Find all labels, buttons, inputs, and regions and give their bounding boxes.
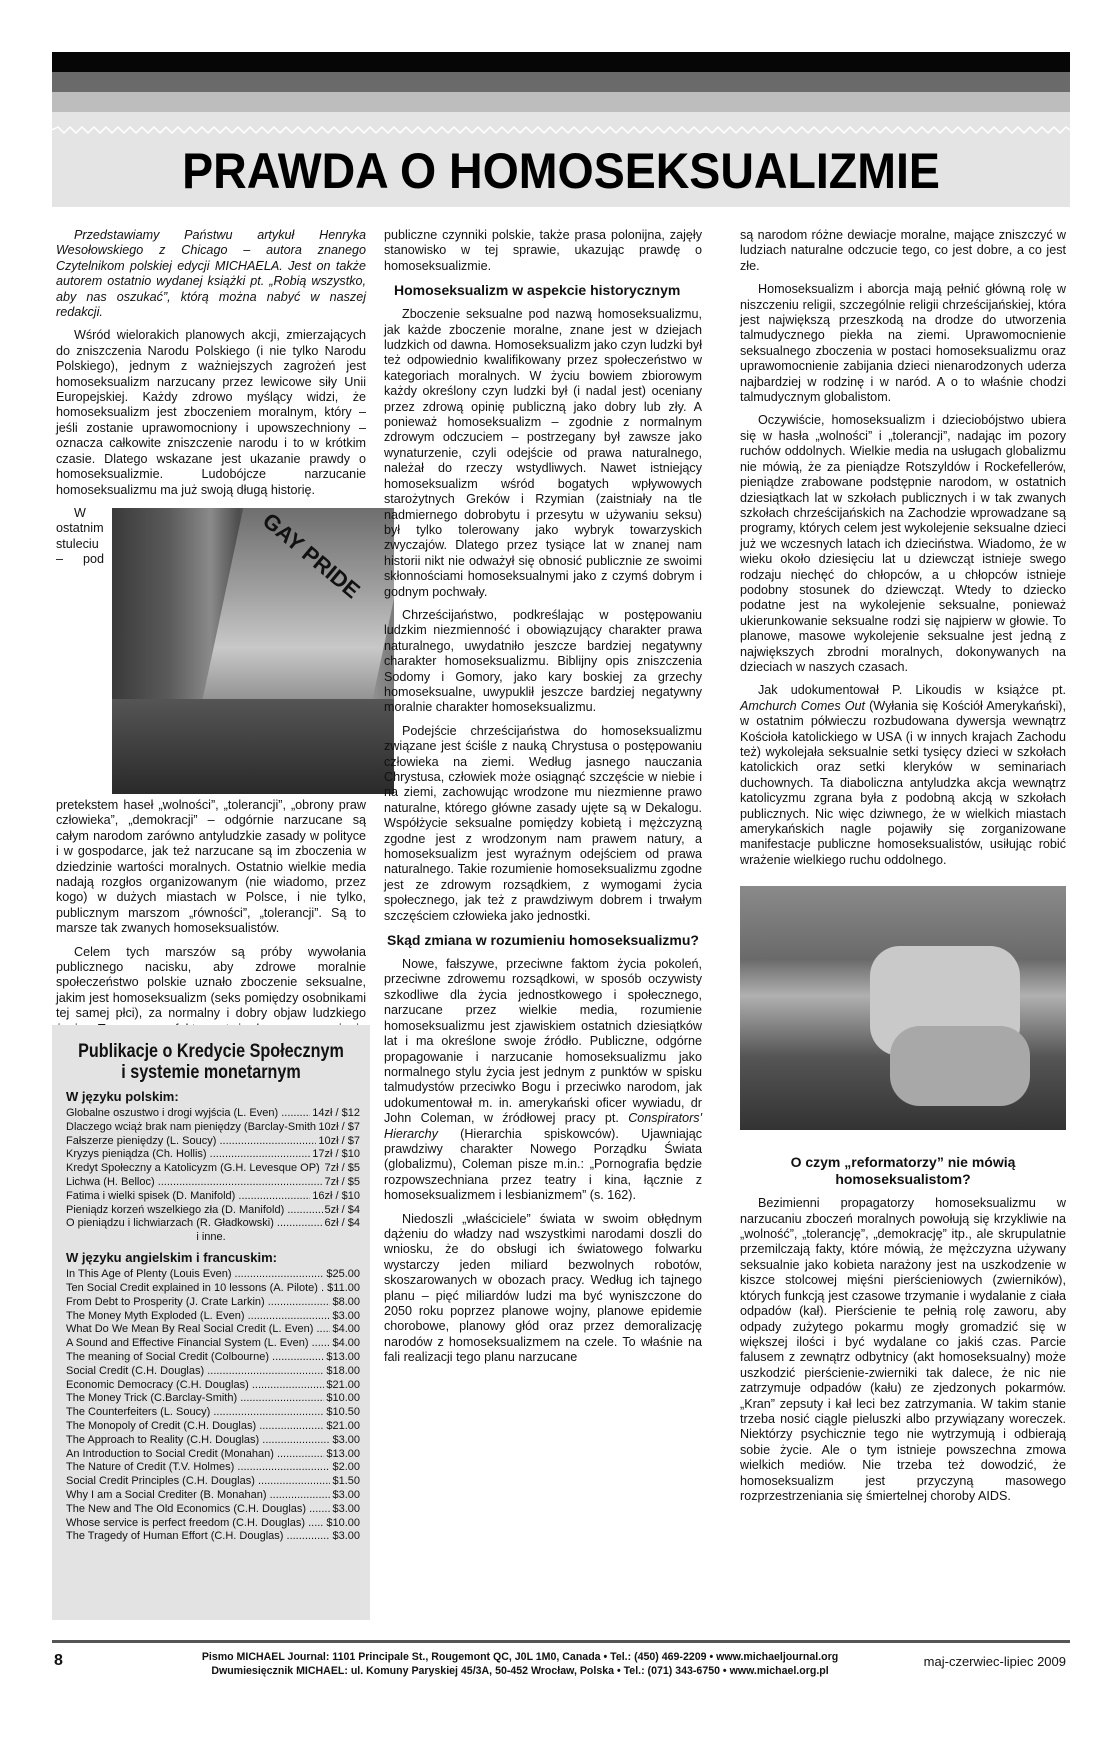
text: (Wyłania się Kościół Amerykański), w ost… [740,699,1066,867]
book-title: Whose service is perfect freedom (C.H. D… [66,1517,324,1531]
book-price: 14zł / $12 [310,1107,360,1121]
header-bar-light-gray [52,92,1070,112]
book-title: O pieniądzu i lichwiarzach (R. Gładkowsk… [66,1217,323,1231]
english-section-heading: W języku angielskim i francuskim: [66,1250,370,1265]
book-title: An Introduction to Social Credit (Monaha… [66,1448,324,1462]
book-price: $3.00 [330,1434,360,1448]
book-row: The Tragedy of Human Effort (C.H. Dougla… [66,1530,360,1544]
book-title: What Do We Mean By Real Social Credit (L… [66,1323,330,1337]
book-price: 7zł / $5 [323,1176,360,1190]
book-title: A Sound and Effective Financial System (… [66,1337,330,1351]
paragraph: Bezimienni propagatorzy homoseksualizmu … [740,1196,1066,1504]
section-heading: Homoseksualizm w aspekcie historycznym [394,282,702,299]
book-price: $13.00 [324,1448,360,1462]
book-title: Fatima i wielki spisek (D. Manifold) [66,1190,310,1204]
article-title: PRAWDA O HOMOSEKSUALIZMIE [88,142,1035,200]
book-row: Social Credit Principles (C.H. Douglas)$… [66,1475,360,1489]
book-row: Whose service is perfect freedom (C.H. D… [66,1517,360,1531]
book-title: The Tragedy of Human Effort (C.H. Dougla… [66,1530,330,1544]
book-row: Ten Social Credit explained in 10 lesson… [66,1282,360,1296]
gay-pride-photo: GAY PRIDE [112,508,394,794]
book-row: The Nature of Credit (T.V. Holmes)$2.00 [66,1461,360,1475]
book-row: Lichwa (H. Belloc)7zł / $5 [66,1176,360,1190]
book-row: The Counterfeiters (L. Soucy)$10.50 [66,1406,360,1420]
english-books-list: In This Age of Plenty (Louis Even)$25.00… [52,1268,370,1544]
book-price: $2.00 [330,1461,360,1475]
book-price: $11.00 [325,1282,360,1296]
wave-divider [52,126,1070,134]
book-price: $4.00 [330,1337,360,1351]
book-title: The New and The Old Economics (C.H. Doug… [66,1503,330,1517]
intro-paragraph: Przedstawiamy Państwu artykuł Henryka We… [56,228,366,320]
crowd-shape [112,699,394,794]
publications-title-line2: i systemie monetarnym [121,1062,301,1083]
book-title: The Nature of Credit (T.V. Holmes) [66,1461,330,1475]
paragraph: Zboczenie seksualne pod nazwą homoseksua… [384,307,702,600]
book-title: Kryzys pieniądza (Ch. Hollis) [66,1148,310,1162]
book-row: The Money Trick (C.Barclay-Smith)$10.00 [66,1392,360,1406]
book-price: $3.00 [330,1310,360,1324]
paragraph: Jak udokumentował P. Likoudis w książce … [740,683,1066,868]
book-title: The Monopoly of Credit (C.H. Douglas) [66,1420,324,1434]
section-heading: O czym „reformatorzy” nie mówią homoseks… [740,1154,1066,1188]
book-title-italic: Amchurch Comes Out [740,699,865,713]
title-band: PRAWDA O HOMOSEKSUALIZMIE [52,112,1070,207]
hand-shape [890,1026,1030,1106]
book-row: The Money Myth Exploded (L. Even)$3.00 [66,1310,360,1324]
footer-address-poland: Dwumiesięcznik MICHAEL: ul. Komuny Parys… [140,1664,900,1678]
book-row: The New and The Old Economics (C.H. Doug… [66,1503,360,1517]
polish-section-heading: W języku polskim: [66,1089,370,1104]
book-price: $10.50 [324,1406,360,1420]
page-number: 8 [54,1652,63,1670]
book-row: Kredyt Społeczny a Katolicyzm (G.H. Leve… [66,1162,360,1176]
book-title: Fałszerze pieniędzy (L. Soucy) [66,1135,316,1149]
book-title: From Debt to Prosperity (J. Crate Larkin… [66,1296,330,1310]
paragraph: Nowe, fałszywe, przeciwne faktom życia p… [384,957,702,1204]
article-column-1: Przedstawiamy Państwu artykuł Henryka We… [56,228,366,1153]
book-title: Kredyt Społeczny a Katolicyzm (G.H. Leve… [66,1162,323,1176]
article-column-3: są narodom różne dewiacje moralne, mając… [740,228,1066,1512]
paragraph: publiczne czynniki polskie, także prasa … [384,228,702,274]
book-price: 5zł / $4 [323,1204,360,1218]
book-price: $8.00 [330,1296,360,1310]
section-heading: Skąd zmiana w rozumieniu homoseksualizmu… [384,932,702,949]
paragraph: są narodom różne dewiacje moralne, mając… [740,228,1066,274]
article-column-2: publiczne czynniki polskie, także prasa … [384,228,702,1374]
book-title: Ten Social Credit explained in 10 lesson… [66,1282,325,1296]
book-title: The Counterfeiters (L. Soucy) [66,1406,324,1420]
book-title: Lichwa (H. Belloc) [66,1176,323,1190]
book-price: 6zł / $4 [323,1217,360,1231]
footer-addresses: Pismo MICHAEL Journal: 1101 Principale S… [140,1650,900,1678]
book-row: Kryzys pieniądza (Ch. Hollis)17zł / $10 [66,1148,360,1162]
book-row: Fatima i wielki spisek (D. Manifold)16zł… [66,1190,360,1204]
publications-title: Publikacje o Kredycie Społecznym i syste… [76,1041,346,1083]
text: Nowe, fałszywe, przeciwne faktom życia p… [384,957,702,1125]
book-price: $3.00 [330,1503,360,1517]
book-price: $13.00 [324,1351,360,1365]
paragraph: Oczywiście, homoseksualizm i dzieciobójs… [740,413,1066,675]
text: Jak udokumentował P. Likoudis w książce … [758,683,1066,697]
book-row: Globalne oszustwo i drogi wyjścia (L. Ev… [66,1107,360,1121]
book-price: 16zł / $10 [310,1190,360,1204]
paragraph: Niedoszli „właściciele” świata w swoim o… [384,1212,702,1366]
header-bar-black [52,52,1070,72]
issue-date: maj-czerwiec-lipiec 2009 [924,1654,1066,1669]
book-row: Economic Democracy (C.H. Douglas)$21.00 [66,1379,360,1393]
book-price: $10.00 [324,1517,360,1531]
publications-box: Publikacje o Kredycie Społecznym i syste… [52,1025,370,1620]
book-price: 10zł / $7 [316,1135,360,1149]
book-price: $21.00 [324,1420,360,1434]
book-price: $10.00 [324,1392,360,1406]
book-title: Why I am a Social Crediter (B. Monahan) [66,1489,330,1503]
book-title: The meaning of Social Credit (Colbourne) [66,1351,324,1365]
polish-books-list: Globalne oszustwo i drogi wyjścia (L. Ev… [52,1107,370,1231]
book-row: The Monopoly of Credit (C.H. Douglas)$21… [66,1420,360,1434]
book-title: In This Age of Plenty (Louis Even) [66,1268,324,1282]
footer-address-canada: Pismo MICHAEL Journal: 1101 Principale S… [140,1650,900,1664]
book-row: Why I am a Social Crediter (B. Monahan)$… [66,1489,360,1503]
book-price: $21.00 [324,1379,360,1393]
book-price: 7zł / $5 [323,1162,360,1176]
book-row: In This Age of Plenty (Louis Even)$25.00 [66,1268,360,1282]
paragraph: Wśród wielorakich planowych akcji, zmier… [56,328,366,497]
book-title: The Money Myth Exploded (L. Even) [66,1310,330,1324]
book-row: What Do We Mean By Real Social Credit (L… [66,1323,360,1337]
book-row: An Introduction to Social Credit (Monaha… [66,1448,360,1462]
paragraph: Homoseksualizm i aborcja mają pełnić głó… [740,282,1066,405]
footer-divider [52,1640,1070,1643]
book-price: 17zł / $10 [310,1148,360,1162]
book-title: Dlaczego wciąż brak nam pieniędzy (Barcl… [66,1121,316,1135]
book-title: Social Credit Principles (C.H. Douglas) [66,1475,330,1489]
book-title: The Money Trick (C.Barclay-Smith) [66,1392,324,1406]
paragraph: Chrześcijaństwo, podkreślając w postępow… [384,608,702,716]
book-price: $25.00 [324,1268,360,1282]
book-row: The meaning of Social Credit (Colbourne)… [66,1351,360,1365]
book-title: The Approach to Reality (C.H. Douglas) [66,1434,330,1448]
publications-title-line1: Publikacje o Kredycie Społecznym [78,1041,344,1062]
book-title: Globalne oszustwo i drogi wyjścia (L. Ev… [66,1107,310,1121]
book-price: $3.00 [330,1530,360,1544]
book-price: $4.00 [330,1323,360,1337]
book-row: Fałszerze pieniędzy (L. Soucy)10zł / $7 [66,1135,360,1149]
book-row: From Debt to Prosperity (J. Crate Larkin… [66,1296,360,1310]
book-title: Economic Democracy (C.H. Douglas) [66,1379,324,1393]
book-row: Pieniądz korzeń wszelkiego zła (D. Manif… [66,1204,360,1218]
book-price: $18.00 [324,1365,360,1379]
book-title: Social Credit (C.H. Douglas) [66,1365,324,1379]
book-row: Social Credit (C.H. Douglas)$18.00 [66,1365,360,1379]
hands-rings-photo [740,886,1066,1130]
paragraph: Podejście chrześcijaństwa do homoseksual… [384,724,702,924]
book-row: A Sound and Effective Financial System (… [66,1337,360,1351]
book-price: 10zł / $7 [316,1121,360,1135]
book-row: The Approach to Reality (C.H. Douglas)$3… [66,1434,360,1448]
book-price: $1.50 [330,1475,360,1489]
book-title: Pieniądz korzeń wszelkiego zła (D. Manif… [66,1204,323,1218]
book-row: Dlaczego wciąż brak nam pieniędzy (Barcl… [66,1121,360,1135]
header-bar-dark-gray [52,72,1070,92]
book-price: $3.00 [330,1489,360,1503]
book-row: O pieniądzu i lichwiarzach (R. Gładkowsk… [66,1217,360,1231]
and-others-note: i inne. [52,1231,370,1244]
